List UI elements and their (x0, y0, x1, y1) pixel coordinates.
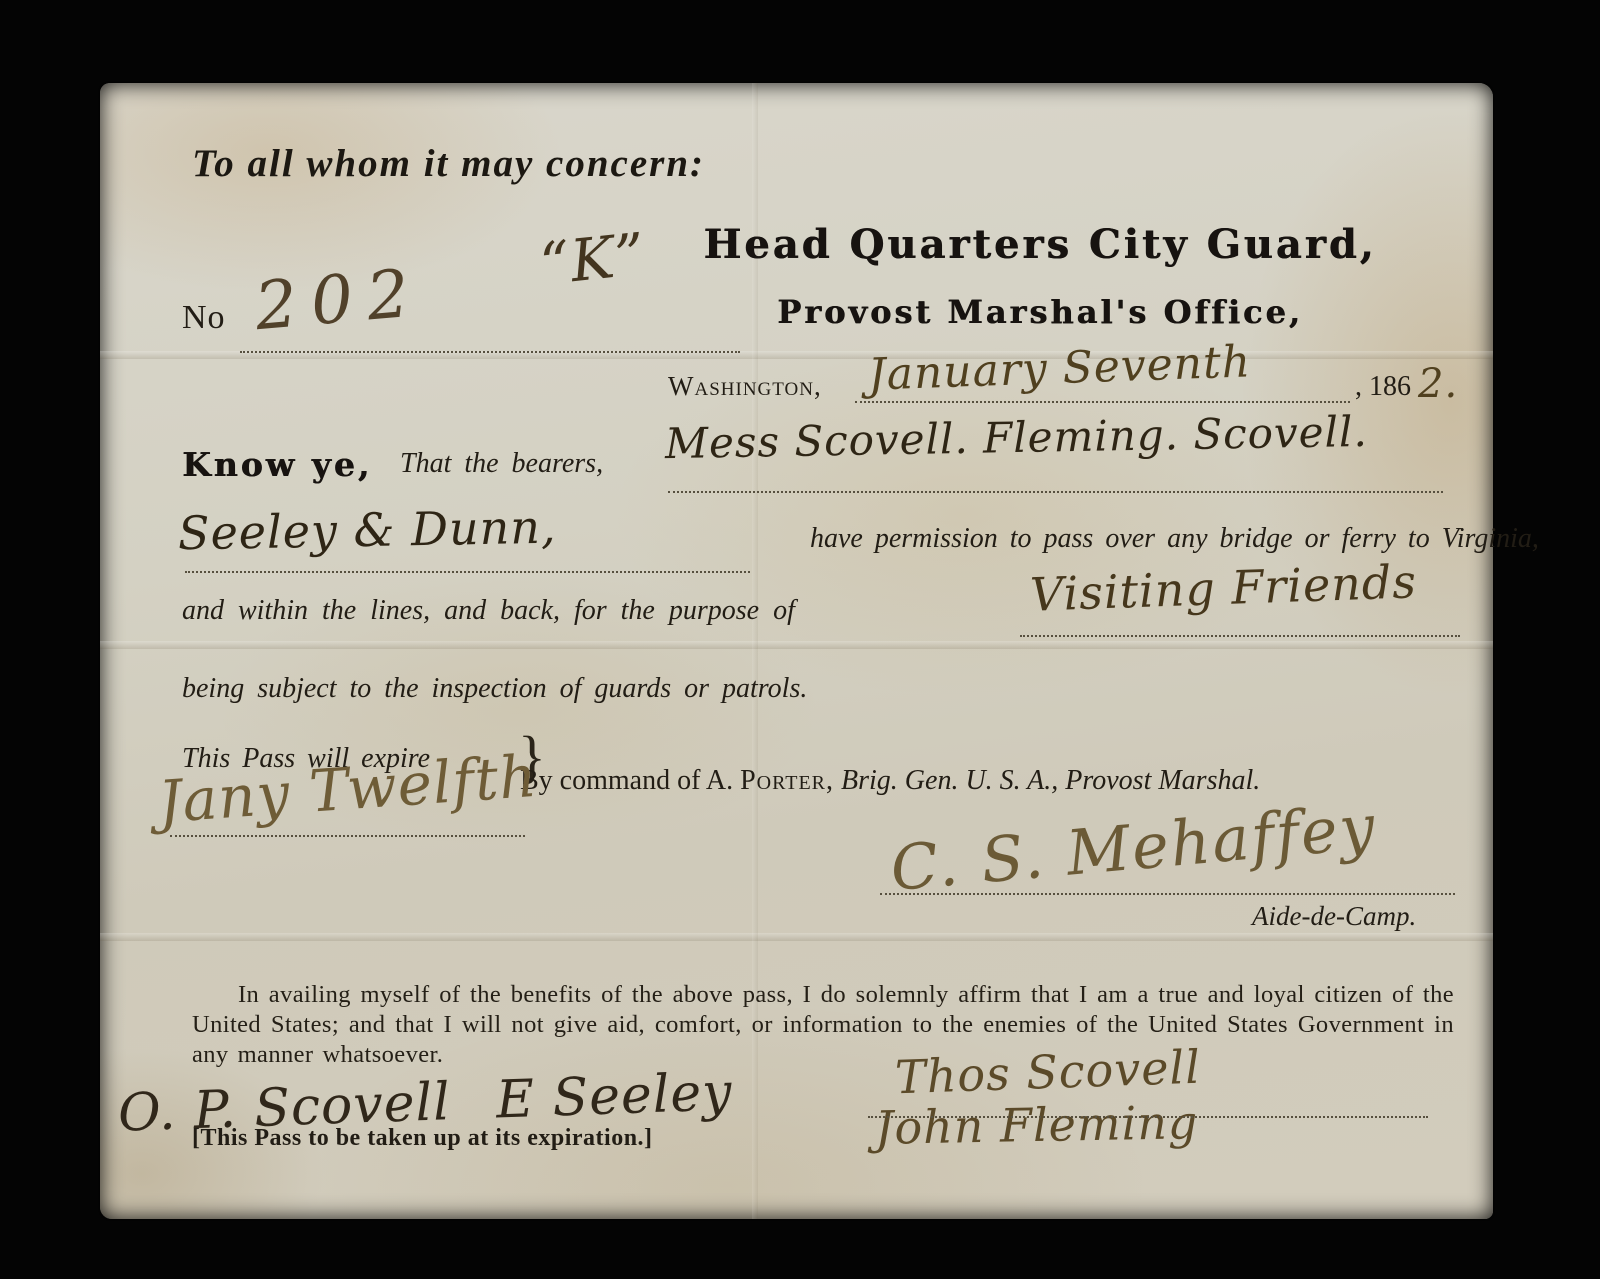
footer-note: [This Pass to be taken up at its expirat… (192, 1125, 653, 1152)
oath-paragraph: In availing myself of the benefits of th… (192, 980, 1454, 1070)
date-line (855, 401, 1350, 403)
pass-number-handwritten: 202 (252, 254, 426, 345)
pass-document: To all whom it may concern: “K” No 202 H… (100, 83, 1493, 1219)
salutation-heading: To all whom it may concern: (192, 141, 705, 186)
pass-number-line (240, 351, 740, 353)
date-printed-year: , 186 (1355, 371, 1411, 403)
aide-signature-handwritten: C. S. Mehaffey (888, 790, 1380, 905)
pass-number-label: No (182, 299, 226, 337)
command-line: By command of A. Porter, Brig. Gen. U. S… (520, 765, 1260, 797)
know-ye-label: Know ye, (182, 445, 372, 484)
aide-title: Aide-de-Camp. (1252, 901, 1416, 932)
inspection-text: being subject to the inspection of guard… (182, 673, 807, 705)
bearers-line1-rule (668, 491, 1443, 493)
oath-signature-rule (868, 1116, 1428, 1118)
bearers-line2-rule (185, 571, 750, 573)
date-year-handwritten: 2. (1418, 361, 1458, 407)
fold-crease-middle (100, 641, 1493, 649)
oath-signature-john-fleming: John Fleming (875, 1095, 1199, 1155)
aide-signature-rule (880, 893, 1455, 895)
command-name: Porter, (740, 765, 834, 796)
purpose-rule (1020, 635, 1460, 637)
oath-signature-e-seeley: E Seeley (495, 1062, 733, 1130)
provost-office-title: Provost Marshal's Office, (640, 293, 1440, 331)
scan-background: To all whom it may concern: “K” No 202 H… (0, 0, 1600, 1279)
place-label: Washington, (668, 371, 822, 402)
command-prefix: By command of A. (520, 765, 740, 796)
bearers-intro: That the bearers, (400, 448, 603, 480)
company-letter-handwritten: “K” (537, 220, 649, 299)
purpose-handwritten: Visiting Friends (1029, 554, 1418, 621)
purpose-intro: and within the lines, and back, for the … (182, 595, 795, 627)
date-handwritten: January Seventh (867, 336, 1252, 400)
permission-text: have permission to pass over any bridge … (810, 523, 1539, 555)
expire-rule (170, 835, 525, 837)
headquarters-title: Head Quarters City Guard, (640, 221, 1440, 268)
bearers-names-line2: Seeley & Dunn, (178, 500, 557, 561)
fold-crease-bottom (100, 933, 1493, 941)
command-suffix: Brig. Gen. U. S. A., Provost Marshal. (841, 765, 1260, 796)
bearers-names-line1: Mess Scovell. Fleming. Scovell. (665, 407, 1369, 468)
oath-signature-thos-scovell: Thos Scovell (894, 1040, 1202, 1105)
